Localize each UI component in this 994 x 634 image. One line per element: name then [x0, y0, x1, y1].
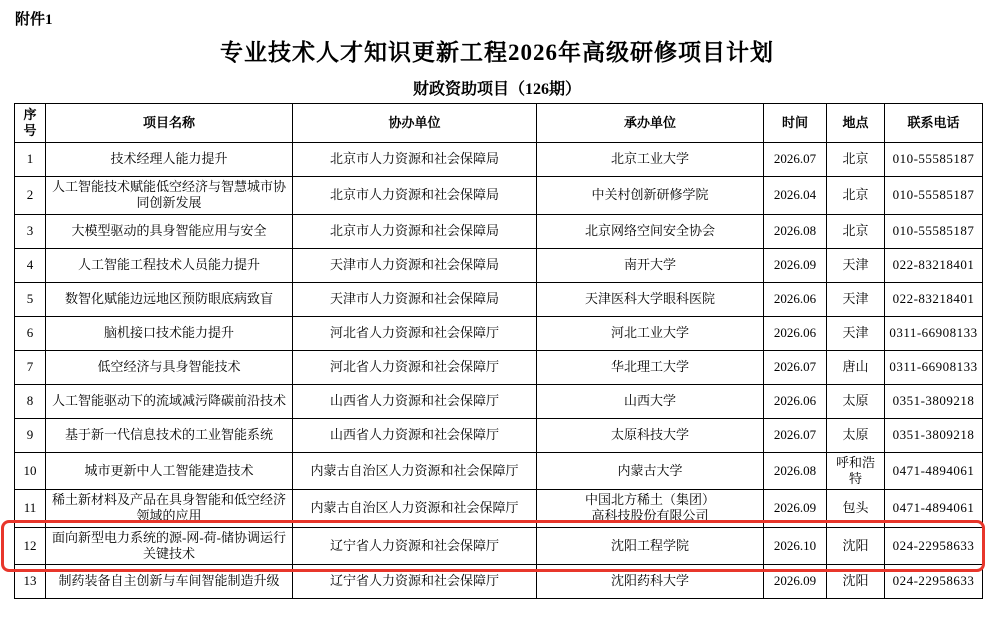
cell-project-name: 城市更新中人工智能建造技术: [46, 452, 293, 490]
cell-co-organizer: 辽宁省人力资源和社会保障厅: [293, 565, 537, 599]
cell-time: 2026.10: [764, 527, 827, 565]
cell-organizer: 中关村创新研修学院: [537, 177, 764, 215]
cell-phone: 024-22958633: [885, 565, 983, 599]
cell-time: 2026.07: [764, 143, 827, 177]
cell-location: 天津: [827, 248, 885, 282]
cell-location: 沈阳: [827, 565, 885, 599]
table-row: 3 大模型驱动的具身智能应用与安全 北京市人力资源和社会保障局 北京网络空间安全…: [15, 214, 983, 248]
attachment-label: 附件1: [15, 8, 53, 29]
cell-project-name: 大模型驱动的具身智能应用与安全: [46, 214, 293, 248]
header-cell-phone: 联系电话: [885, 104, 983, 143]
cell-co-organizer: 辽宁省人力资源和社会保障厅: [293, 527, 537, 565]
table-row: 12 面向新型电力系统的源-网-荷-储协调运行关键技术 辽宁省人力资源和社会保障…: [15, 527, 983, 565]
cell-no: 8: [15, 384, 46, 418]
cell-location: 包头: [827, 490, 885, 528]
cell-co-organizer: 河北省人力资源和社会保障厅: [293, 316, 537, 350]
cell-co-organizer: 北京市人力资源和社会保障局: [293, 214, 537, 248]
header-cell-time: 时间: [764, 104, 827, 143]
cell-organizer: 太原科技大学: [537, 418, 764, 452]
cell-location: 天津: [827, 282, 885, 316]
cell-project-name: 数智化赋能边远地区预防眼底病致盲: [46, 282, 293, 316]
cell-organizer: 天津医科大学眼科医院: [537, 282, 764, 316]
cell-no: 7: [15, 350, 46, 384]
table-row: 2 人工智能技术赋能低空经济与智慧城市协同创新发展 北京市人力资源和社会保障局 …: [15, 177, 983, 215]
cell-project-name: 人工智能驱动下的流域减污降碳前沿技术: [46, 384, 293, 418]
cell-location: 唐山: [827, 350, 885, 384]
table-body: 1 技术经理人能力提升 北京市人力资源和社会保障局 北京工业大学 2026.07…: [15, 143, 983, 599]
cell-phone: 010-55585187: [885, 177, 983, 215]
table-row: 7 低空经济与具身智能技术 河北省人力资源和社会保障厅 华北理工大学 2026.…: [15, 350, 983, 384]
cell-organizer: 河北工业大学: [537, 316, 764, 350]
cell-no: 9: [15, 418, 46, 452]
cell-time: 2026.06: [764, 282, 827, 316]
plan-table: 序号 项目名称 协办单位 承办单位 时间 地点 联系电话 1 技术经理人能力提升…: [14, 103, 983, 599]
cell-project-name: 脑机接口技术能力提升: [46, 316, 293, 350]
cell-no: 12: [15, 527, 46, 565]
cell-location: 北京: [827, 143, 885, 177]
header-row: 序号 项目名称 协办单位 承办单位 时间 地点 联系电话: [15, 104, 983, 143]
cell-phone: 024-22958633: [885, 527, 983, 565]
cell-no: 11: [15, 490, 46, 528]
table-row: 1 技术经理人能力提升 北京市人力资源和社会保障局 北京工业大学 2026.07…: [15, 143, 983, 177]
cell-phone: 0471-4894061: [885, 452, 983, 490]
cell-time: 2026.08: [764, 214, 827, 248]
cell-no: 5: [15, 282, 46, 316]
table-row: 5 数智化赋能边远地区预防眼底病致盲 天津市人力资源和社会保障局 天津医科大学眼…: [15, 282, 983, 316]
cell-no: 6: [15, 316, 46, 350]
cell-phone: 0311-66908133: [885, 316, 983, 350]
cell-location: 天津: [827, 316, 885, 350]
cell-location: 太原: [827, 418, 885, 452]
page-title: 专业技术人才知识更新工程2026年高级研修项目计划: [0, 34, 994, 67]
cell-no: 3: [15, 214, 46, 248]
cell-co-organizer: 山西省人力资源和社会保障厅: [293, 418, 537, 452]
cell-time: 2026.09: [764, 490, 827, 528]
cell-project-name: 面向新型电力系统的源-网-荷-储协调运行关键技术: [46, 527, 293, 565]
cell-organizer: 北京网络空间安全协会: [537, 214, 764, 248]
table-row: 10 城市更新中人工智能建造技术 内蒙古自治区人力资源和社会保障厅 内蒙古大学 …: [15, 452, 983, 490]
table-row: 9 基于新一代信息技术的工业智能系统 山西省人力资源和社会保障厅 太原科技大学 …: [15, 418, 983, 452]
cell-no: 10: [15, 452, 46, 490]
cell-organizer: 内蒙古大学: [537, 452, 764, 490]
cell-project-name: 低空经济与具身智能技术: [46, 350, 293, 384]
cell-phone: 0471-4894061: [885, 490, 983, 528]
cell-organizer: 沈阳药科大学: [537, 565, 764, 599]
table-row: 8 人工智能驱动下的流域减污降碳前沿技术 山西省人力资源和社会保障厅 山西大学 …: [15, 384, 983, 418]
header-cell-organizer: 承办单位: [537, 104, 764, 143]
header-cell-location: 地点: [827, 104, 885, 143]
cell-project-name: 人工智能工程技术人员能力提升: [46, 248, 293, 282]
header-cell-name: 项目名称: [46, 104, 293, 143]
cell-phone: 0351-3809218: [885, 384, 983, 418]
cell-phone: 0311-66908133: [885, 350, 983, 384]
cell-organizer: 南开大学: [537, 248, 764, 282]
cell-location: 沈阳: [827, 527, 885, 565]
cell-co-organizer: 内蒙古自治区人力资源和社会保障厅: [293, 452, 537, 490]
cell-organizer: 华北理工大学: [537, 350, 764, 384]
cell-no: 4: [15, 248, 46, 282]
cell-co-organizer: 天津市人力资源和社会保障局: [293, 248, 537, 282]
cell-project-name: 制药装备自主创新与车间智能制造升级: [46, 565, 293, 599]
page-subtitle: 财政资助项目（126期）: [0, 76, 994, 99]
table-row: 6 脑机接口技术能力提升 河北省人力资源和社会保障厅 河北工业大学 2026.0…: [15, 316, 983, 350]
cell-organizer: 山西大学: [537, 384, 764, 418]
plan-table-container: 序号 项目名称 协办单位 承办单位 时间 地点 联系电话 1 技术经理人能力提升…: [14, 103, 982, 599]
cell-organizer: 沈阳工程学院: [537, 527, 764, 565]
cell-location: 北京: [827, 177, 885, 215]
table-row: 4 人工智能工程技术人员能力提升 天津市人力资源和社会保障局 南开大学 2026…: [15, 248, 983, 282]
cell-co-organizer: 内蒙古自治区人力资源和社会保障厅: [293, 490, 537, 528]
cell-project-name: 技术经理人能力提升: [46, 143, 293, 177]
cell-phone: 010-55585187: [885, 143, 983, 177]
cell-project-name: 稀土新材料及产品在具身智能和低空经济领域的应用: [46, 490, 293, 528]
cell-phone: 0351-3809218: [885, 418, 983, 452]
cell-time: 2026.08: [764, 452, 827, 490]
header-cell-co-organizer: 协办单位: [293, 104, 537, 143]
cell-project-name: 人工智能技术赋能低空经济与智慧城市协同创新发展: [46, 177, 293, 215]
cell-co-organizer: 河北省人力资源和社会保障厅: [293, 350, 537, 384]
header-cell-no: 序号: [15, 104, 46, 143]
cell-co-organizer: 天津市人力资源和社会保障局: [293, 282, 537, 316]
cell-time: 2026.07: [764, 418, 827, 452]
cell-no: 13: [15, 565, 46, 599]
cell-location: 北京: [827, 214, 885, 248]
cell-time: 2026.09: [764, 565, 827, 599]
cell-time: 2026.07: [764, 350, 827, 384]
cell-project-name: 基于新一代信息技术的工业智能系统: [46, 418, 293, 452]
cell-organizer: 北京工业大学: [537, 143, 764, 177]
cell-no: 1: [15, 143, 46, 177]
table-row: 13 制药装备自主创新与车间智能制造升级 辽宁省人力资源和社会保障厅 沈阳药科大…: [15, 565, 983, 599]
cell-co-organizer: 北京市人力资源和社会保障局: [293, 143, 537, 177]
cell-location: 太原: [827, 384, 885, 418]
cell-co-organizer: 山西省人力资源和社会保障厅: [293, 384, 537, 418]
table-header: 序号 项目名称 协办单位 承办单位 时间 地点 联系电话: [15, 104, 983, 143]
document-page: 附件1 专业技术人才知识更新工程2026年高级研修项目计划 财政资助项目（126…: [0, 0, 994, 634]
table-row: 11 稀土新材料及产品在具身智能和低空经济领域的应用 内蒙古自治区人力资源和社会…: [15, 490, 983, 528]
cell-time: 2026.06: [764, 384, 827, 418]
cell-time: 2026.06: [764, 316, 827, 350]
cell-organizer: 中国北方稀土（集团） 高科技股份有限公司: [537, 490, 764, 528]
cell-location: 呼和浩特: [827, 452, 885, 490]
cell-phone: 022-83218401: [885, 248, 983, 282]
cell-time: 2026.09: [764, 248, 827, 282]
cell-phone: 022-83218401: [885, 282, 983, 316]
cell-time: 2026.04: [764, 177, 827, 215]
cell-co-organizer: 北京市人力资源和社会保障局: [293, 177, 537, 215]
cell-phone: 010-55585187: [885, 214, 983, 248]
cell-no: 2: [15, 177, 46, 215]
